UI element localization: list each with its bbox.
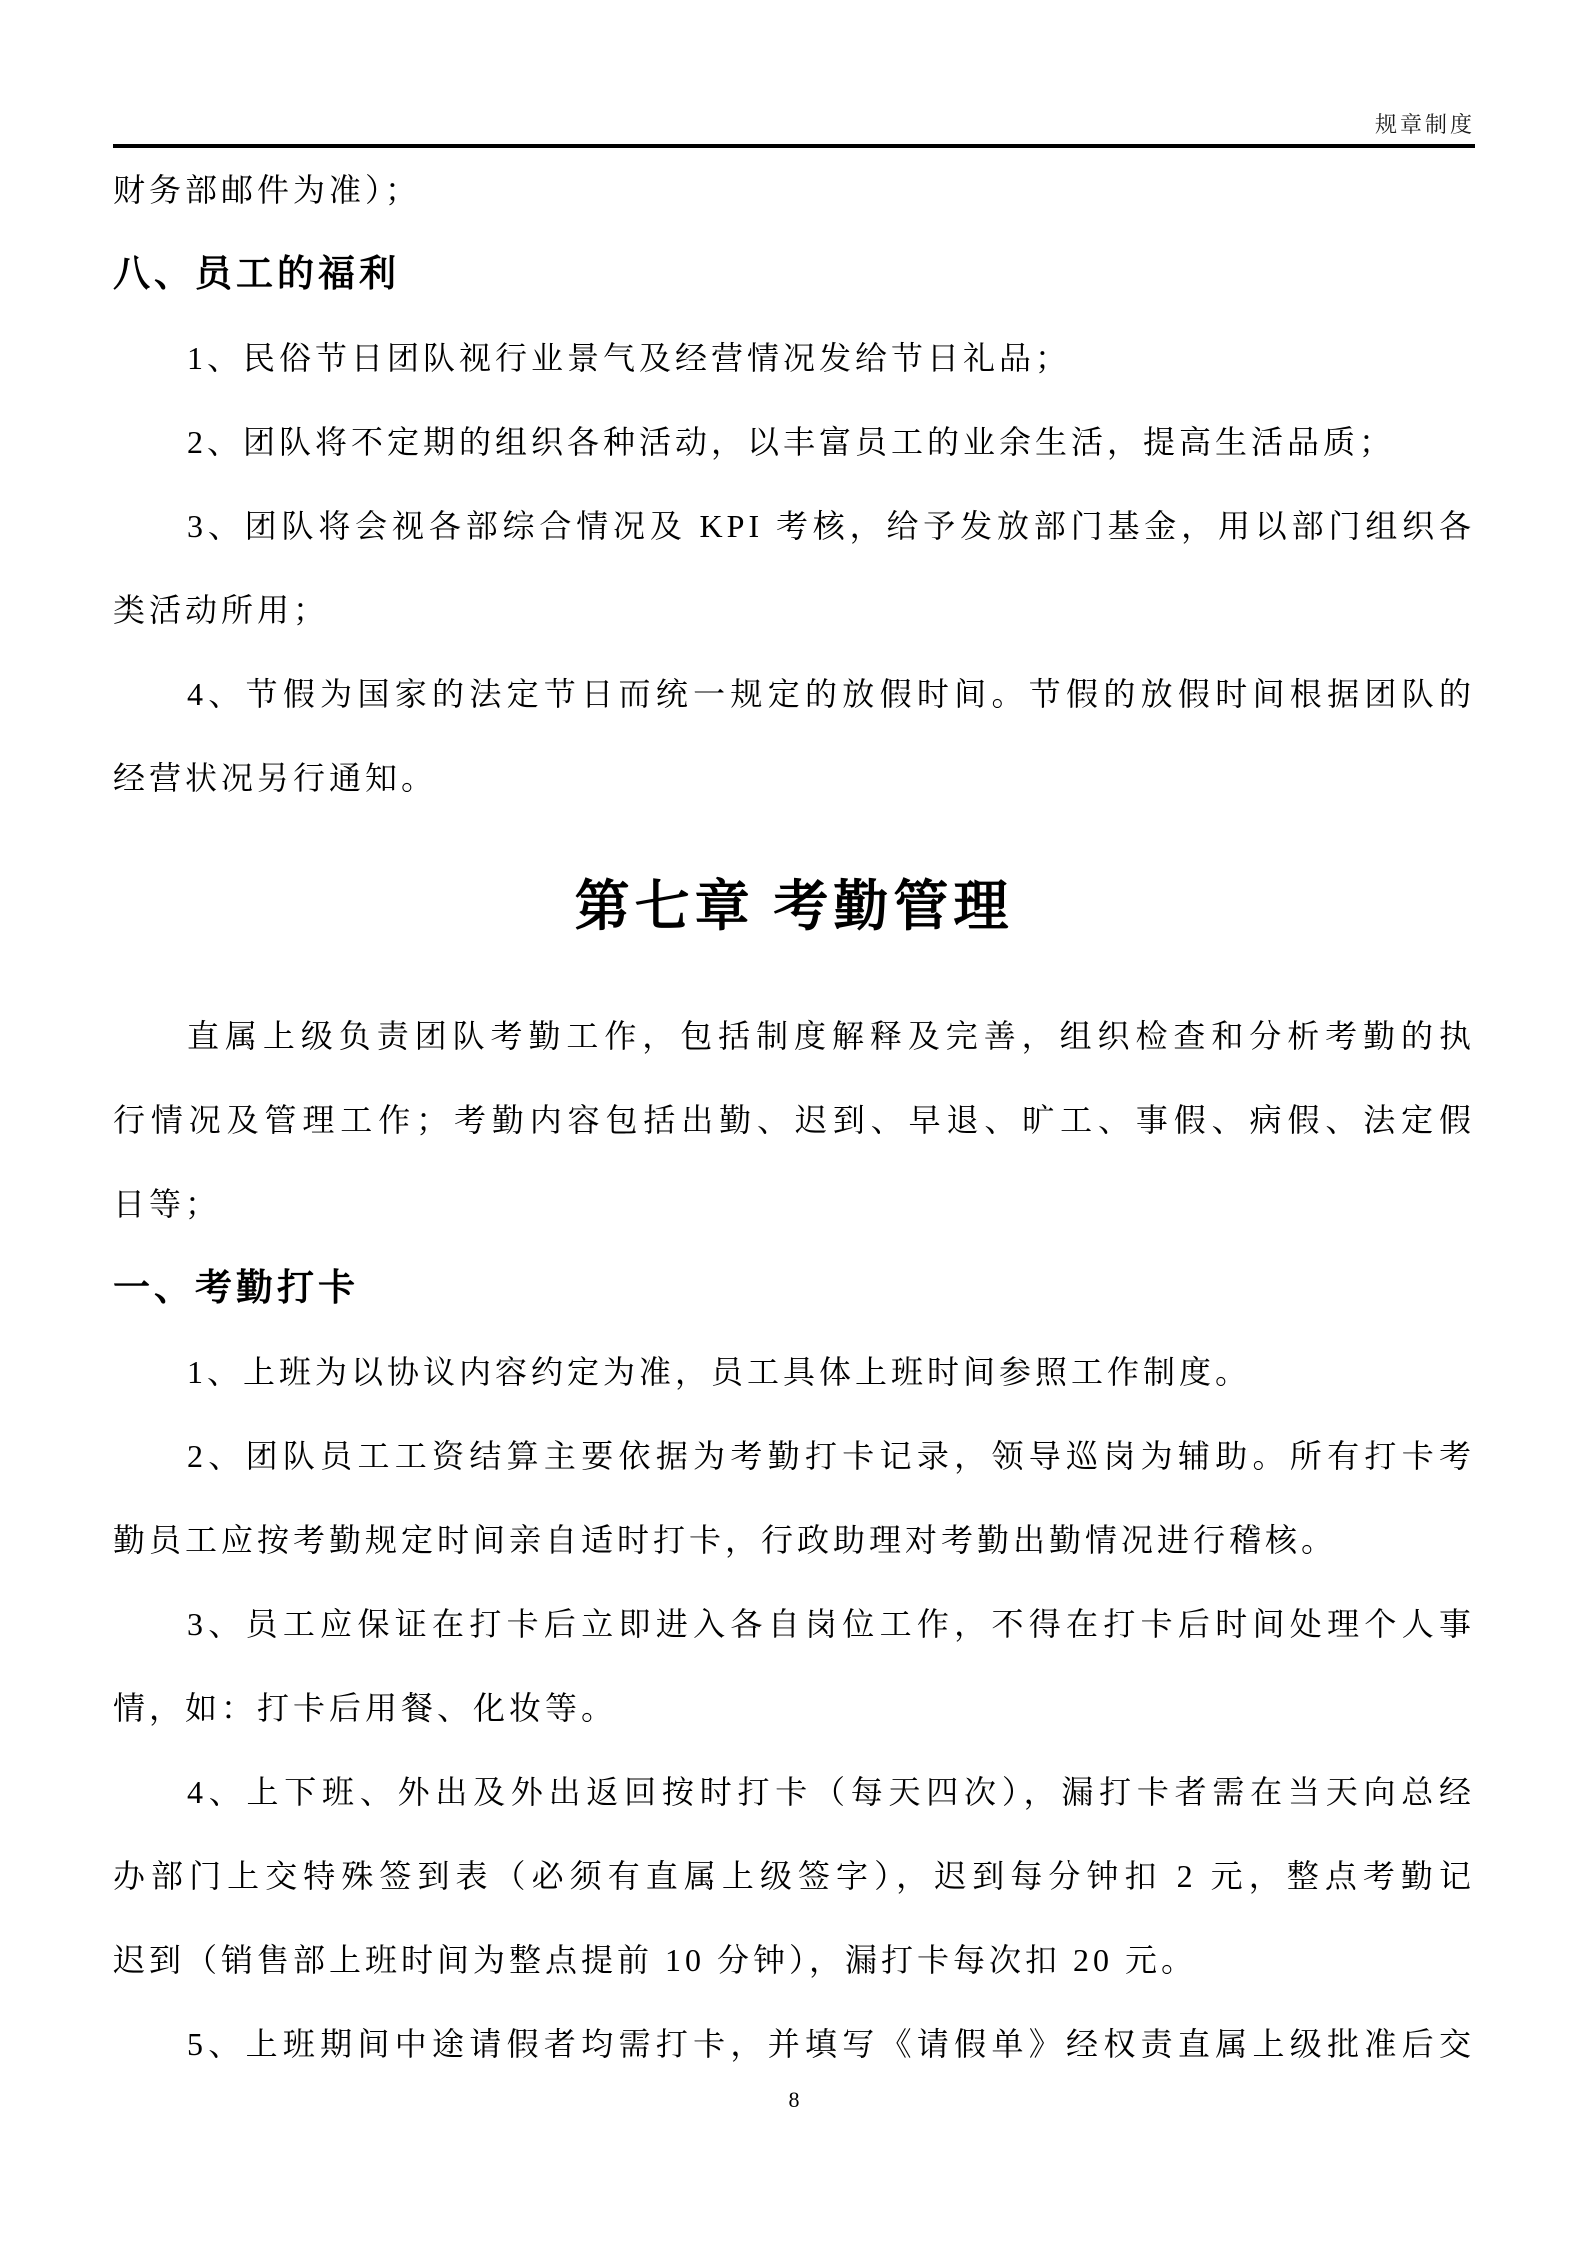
document-page: 规章制度 财务部邮件为准）； 八、员工的福利 1、民俗节日团队视行业景气及经营情… xyxy=(0,0,1587,2245)
attendance-item-4-line-3: 迟到（销售部上班时间为整点提前 10 分钟），漏打卡每次扣 20 元。 xyxy=(113,1918,1475,2002)
page-footer: 8 xyxy=(113,2086,1475,2114)
chapter-intro-line-3: 日等； xyxy=(113,1162,1475,1246)
welfare-item-1: 1、民俗节日团队视行业景气及经营情况发给节日礼品； xyxy=(113,316,1475,400)
attendance-item-3-line-2: 情，如：打卡后用餐、化妆等。 xyxy=(113,1666,1475,1750)
page-number: 8 xyxy=(789,2087,800,2112)
attendance-item-5-line-1: 5、上班期间中途请假者均需打卡，并填写《请假单》经权责直属上级批准后交 xyxy=(113,2002,1475,2086)
chapter-title: 第七章 考勤管理 xyxy=(113,820,1475,994)
section-title-attendance: 一、考勤打卡 xyxy=(113,1246,1475,1330)
welfare-item-4-line-1: 4、节假为国家的法定节日而统一规定的放假时间。节假的放假时间根据团队的 xyxy=(113,652,1475,736)
attendance-item-1: 1、上班为以协议内容约定为准，员工具体上班时间参照工作制度。 xyxy=(113,1330,1475,1414)
attendance-item-2-line-1: 2、团队员工工资结算主要依据为考勤打卡记录，领导巡岗为辅助。所有打卡考 xyxy=(113,1414,1475,1498)
header-label: 规章制度 xyxy=(1375,112,1475,137)
welfare-item-3-line-1: 3、团队将会视各部综合情况及 KPI 考核，给予发放部门基金，用以部门组织各 xyxy=(113,484,1475,568)
attendance-item-4-line-2: 办部门上交特殊签到表（必须有直属上级签字），迟到每分钟扣 2 元，整点考勤记 xyxy=(113,1834,1475,1918)
attendance-item-4-line-1: 4、上下班、外出及外出返回按时打卡（每天四次），漏打卡者需在当天向总经 xyxy=(113,1750,1475,1834)
page-header: 规章制度 xyxy=(113,0,1475,148)
attendance-item-2-line-2: 勤员工应按考勤规定时间亲自适时打卡，行政助理对考勤出勤情况进行稽核。 xyxy=(113,1498,1475,1582)
welfare-item-3-line-2: 类活动所用； xyxy=(113,568,1475,652)
attendance-item-3-line-1: 3、员工应保证在打卡后立即进入各自岗位工作，不得在打卡后时间处理个人事 xyxy=(113,1582,1475,1666)
chapter-intro-line-1: 直属上级负责团队考勤工作，包括制度解释及完善，组织检查和分析考勤的执 xyxy=(113,994,1475,1078)
welfare-item-4-line-2: 经营状况另行通知。 xyxy=(113,736,1475,820)
chapter-intro-line-2: 行情况及管理工作；考勤内容包括出勤、迟到、早退、旷工、事假、病假、法定假 xyxy=(113,1078,1475,1162)
section-title-welfare: 八、员工的福利 xyxy=(113,232,1475,316)
welfare-item-2: 2、团队将不定期的组织各种活动，以丰富员工的业余生活，提高生活品质； xyxy=(113,400,1475,484)
body-line-intro-tail: 财务部邮件为准）； xyxy=(113,148,1475,232)
